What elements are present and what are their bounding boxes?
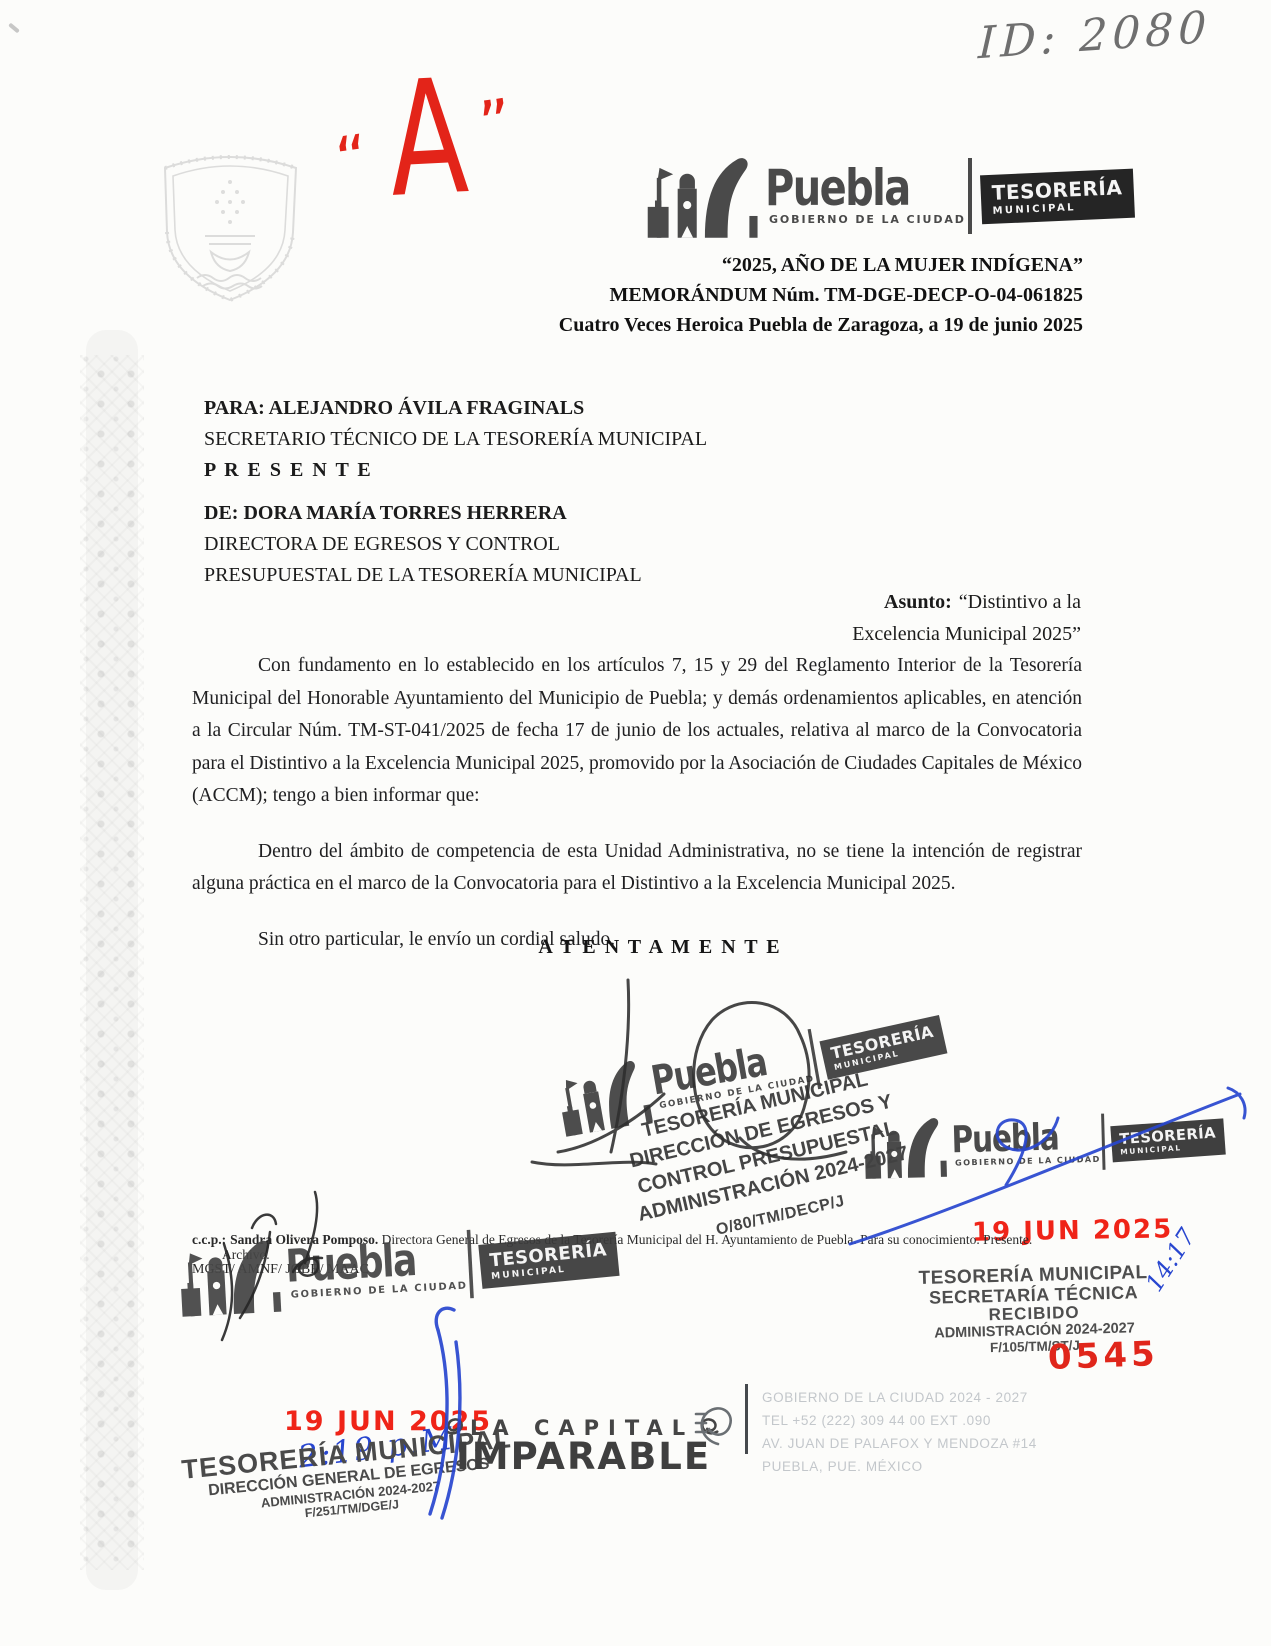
puebla-skyline-icon xyxy=(645,150,763,242)
brand-imparable-line: IMPARABLE xyxy=(456,1440,720,1474)
stamp-dge-logo: Puebla GOBIERNO DE LA CIUDAD TESORERÍA M… xyxy=(176,1215,619,1321)
red-annotation: “ A ” xyxy=(338,66,516,218)
sender-name: DE: DORA MARÍA TORRES HERRERA xyxy=(204,498,642,529)
handwritten-id-note: ID: 2080 xyxy=(977,2,1212,70)
body-paragraph-2: Dentro del ámbito de competencia de esta… xyxy=(192,836,1082,901)
close-quote-mark: ” xyxy=(476,90,525,219)
puebla-skyline-icon xyxy=(176,1232,286,1320)
recipient-block: PARA: ALEJANDRO ÁVILA FRAGINALS SECRETAR… xyxy=(204,393,707,486)
body-paragraph-1: Con fundamento en lo establecido en los … xyxy=(192,650,1082,813)
subject-label: Asunto: xyxy=(884,591,952,613)
sender-title-1: DIRECTORA DE EGRESOS Y CONTROL xyxy=(204,529,642,560)
footer-divider xyxy=(745,1384,748,1454)
scan-artifact xyxy=(8,23,20,34)
feather-icon xyxy=(688,1392,742,1454)
open-quote-mark: “ xyxy=(332,126,376,220)
memo-number: MEMORÁNDUM Núm. TM-DGE-DECP-O-04-061825 xyxy=(559,280,1083,310)
puebla-logo-header: Puebla GOBIERNO DE LA CIUDAD TESORERÍA M… xyxy=(645,150,1133,242)
footer-line-1: GOBIERNO DE LA CIUDAD 2024 - 2027 xyxy=(762,1386,1037,1409)
puebla-skyline-icon xyxy=(862,1112,951,1182)
recipient-name: PARA: ALEJANDRO ÁVILA FRAGINALS xyxy=(204,393,707,424)
stamp-st-logo: Puebla GOBIERNO DE LA CIUDAD TESORERÍA M… xyxy=(862,1105,1225,1183)
logo-divider xyxy=(968,158,972,234)
crest-watermark-icon xyxy=(143,136,318,311)
subject-line-2: Excelencia Municipal 2025” xyxy=(852,618,1081,650)
margin-diamond-watermark xyxy=(80,355,144,1570)
footer-line-3: AV. JUAN DE PALAFOX Y MENDOZA #14 xyxy=(762,1432,1037,1455)
sender-block: DE: DORA MARÍA TORRES HERRERA DIRECTORA … xyxy=(204,498,642,591)
annotation-letter: A xyxy=(385,58,471,220)
footer-address-block: GOBIERNO DE LA CIUDAD 2024 - 2027 TEL +5… xyxy=(762,1386,1037,1478)
subject-block: Asunto:“Distintivo a la Excelencia Munic… xyxy=(852,586,1081,650)
city-brand-logo: LA CAPITAL IMPARABLE xyxy=(444,1416,720,1474)
tesoreria-badge: TESORERÍA MUNICIPAL xyxy=(980,168,1135,224)
closing-atentamente: A T E N T A M E N T E xyxy=(455,936,865,959)
recipient-presente: P R E S E N T E xyxy=(204,455,707,486)
scanned-memo-page: ID: 2080 “ A ” xyxy=(0,0,1271,1646)
memo-body: Con fundamento en lo establecido en los … xyxy=(192,650,1082,979)
sender-title-2: PRESUPUESTAL DE LA TESORERÍA MUNICIPAL xyxy=(204,560,642,591)
memo-dateline: Cuatro Veces Heroica Puebla de Zaragoza,… xyxy=(559,310,1083,340)
header-motto: “2025, AÑO DE LA MUJER INDÍGENA” xyxy=(559,250,1083,280)
footer-line-2: TEL +52 (222) 309 44 00 EXT .090 xyxy=(762,1409,1037,1432)
swirl-icon-left xyxy=(444,1416,466,1440)
tesoreria-badge: TESORERÍA MUNICIPAL xyxy=(1110,1118,1225,1162)
subject-line-1: Asunto:“Distintivo a la xyxy=(852,586,1081,618)
recipient-title: SECRETARIO TÉCNICO DE LA TESORERÍA MUNIC… xyxy=(204,424,707,455)
puebla-wordmark: Puebla xyxy=(765,166,926,210)
memo-header: “2025, AÑO DE LA MUJER INDÍGENA” MEMORÁN… xyxy=(559,250,1083,340)
received-folio-number: 0545 xyxy=(1047,1334,1159,1378)
tesoreria-badge: TESORERÍA MUNICIPAL xyxy=(478,1231,619,1288)
footer-line-4: PUEBLA, PUE. MÉXICO xyxy=(762,1455,1037,1478)
